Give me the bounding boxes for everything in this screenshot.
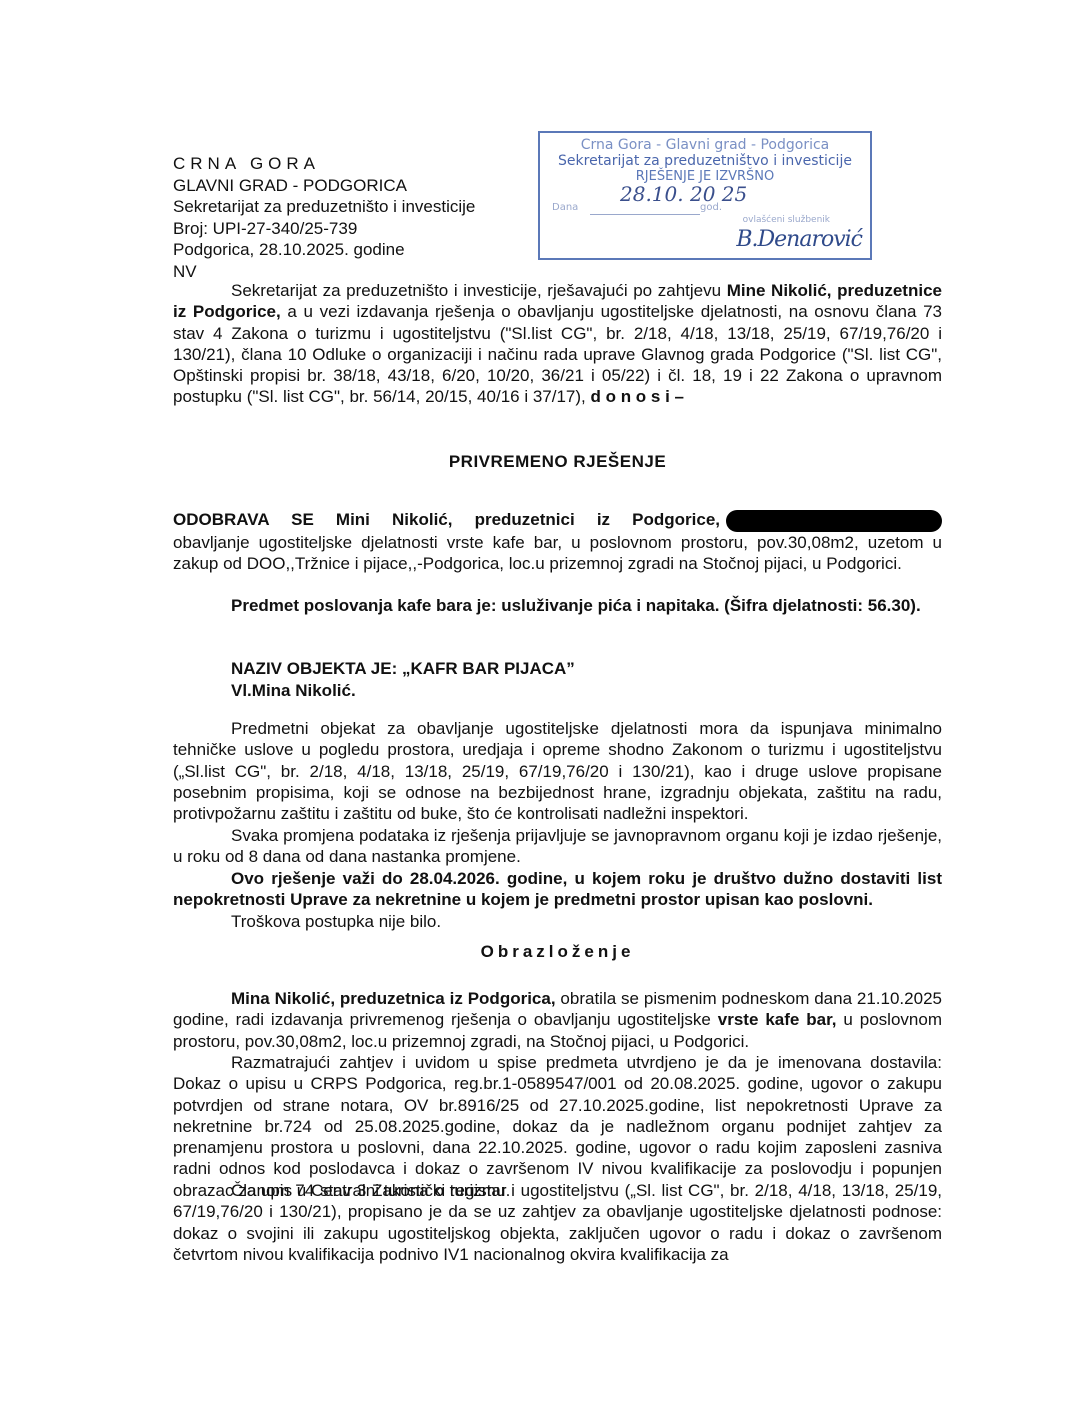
decision-paragraph: ODOBRAVA SE Mini Nikolić, preduzetnici i… <box>173 509 942 574</box>
stamp-line-1: Crna Gora - Glavni grad - Podgorica <box>540 137 870 153</box>
validity-paragraph: Ovo rješenje važi do 28.04.2026. godine,… <box>173 868 942 911</box>
stamp-line-2: Sekretarijat za preduzetništvo i investi… <box>540 153 870 169</box>
place-date: Podgorica, 28.10.2025. godine <box>173 239 475 261</box>
stamp-signature: B.Denarović <box>736 227 862 252</box>
intro-text-1: Sekretarijat za preduzetništo i investic… <box>231 281 727 300</box>
reasoning-applicant: Mina Nikolić, preduzetnica iz Podgorica, <box>231 989 556 1008</box>
changes-paragraph: Svaka promjena podataka iz rješenja prij… <box>173 825 942 868</box>
intro-decides: d o n o s i – <box>590 387 684 406</box>
secretariat-name: Sekretarijat za preduzetništo i investic… <box>173 196 475 218</box>
redacted-block <box>726 510 942 532</box>
decision-lead: ODOBRAVA SE Mini Nikolić, preduzetnici i… <box>173 510 720 529</box>
enforceability-stamp: Crna Gora - Glavni grad - Podgorica Sekr… <box>538 131 872 260</box>
costs-paragraph: Troškova postupka nije bilo. <box>173 911 942 932</box>
stamp-date-line: Dana 28.10. 20 25 god. <box>540 184 870 214</box>
stamp-official-label: ovlašćeni službenik <box>743 215 830 225</box>
country-name: CRNA GORA <box>173 153 475 175</box>
reasoning-paragraph-3: Članom 74 stav 3 Zakona o turizmu i ugos… <box>173 1180 942 1265</box>
reasoning-type: vrste kafe bar, <box>718 1010 837 1029</box>
document-page: CRNA GORA GLAVNI GRAD - PODGORICA Sekret… <box>0 0 1088 1408</box>
decision-title: PRIVREMENO RJEŠENJE <box>173 452 942 472</box>
object-name: NAZIV OBJEKTA JE: „KAFR BAR PIJACA” <box>231 658 575 680</box>
stamp-year-suffix: god. <box>700 202 722 213</box>
decision-text: obavljanje ugostiteljske djelatnosti vrs… <box>173 533 942 573</box>
object-name-block: NAZIV OBJEKTA JE: „KAFR BAR PIJACA” Vl.M… <box>231 658 575 701</box>
city-name: GLAVNI GRAD - PODGORICA <box>173 175 475 197</box>
stamp-date-underline <box>590 214 700 215</box>
reasoning-title: Obrazloženje <box>173 942 942 962</box>
object-owner: Vl.Mina Nikolić. <box>231 680 575 702</box>
business-subject: Predmet poslovanja kafe bara je: usluživ… <box>173 595 942 616</box>
reasoning-paragraph-2: Razmatrajući zahtjev i uvidom u spise pr… <box>173 1052 942 1201</box>
reasoning-paragraph-1: Mina Nikolić, preduzetnica iz Podgorica,… <box>173 988 942 1052</box>
document-header: CRNA GORA GLAVNI GRAD - PODGORICA Sekret… <box>173 153 475 282</box>
requirements-paragraph: Predmetni objekat za obavljanje ugostite… <box>173 718 942 824</box>
document-number: Broj: UPI-27-340/25-739 <box>173 218 475 240</box>
intro-text-2: a u vezi izdavanja rješenja o obavljanju… <box>173 302 942 406</box>
initials: NV <box>173 261 475 283</box>
intro-paragraph: Sekretarijat za preduzetništo i investic… <box>173 280 942 408</box>
stamp-handwritten-date: 28.10. 20 25 <box>620 182 747 206</box>
stamp-date-label: Dana <box>552 202 578 213</box>
